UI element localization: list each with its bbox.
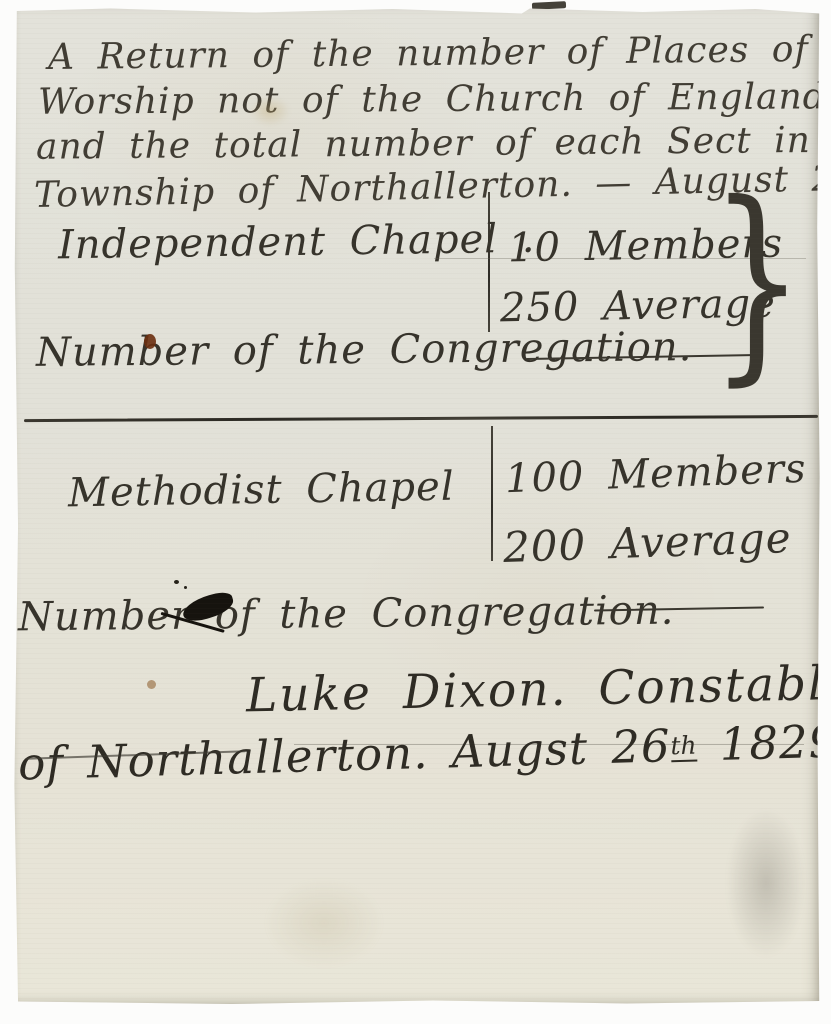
- entry-2-place: Methodist Chapel: [68, 467, 455, 514]
- section-divider-line: [24, 415, 818, 422]
- paper-edge-mark: [532, 1, 566, 10]
- header-line-1: A Return of the number of Places of: [48, 32, 809, 76]
- curly-brace: }: [710, 196, 804, 366]
- signature-name-line: Luke Dixon. Constable: [246, 660, 831, 720]
- manuscript-page: A Return of the number of Places of Wors…: [14, 8, 820, 1005]
- entry-2-members: 100 Members: [504, 449, 807, 499]
- signature-date-ordinal: th: [670, 731, 697, 763]
- grey-smudge: [726, 808, 806, 958]
- photograph-of-manuscript: A Return of the number of Places of Wors…: [0, 0, 831, 1024]
- ink-spatter-dot-2: [184, 586, 187, 589]
- entry-2-average: 200 Average: [502, 517, 792, 569]
- entry-1-continuation: Number of the Congregation.: [36, 327, 693, 373]
- signature-date-year: 1829: [719, 715, 831, 771]
- signature-place-line: of Northallerton. Augst 26th 1829: [18, 719, 831, 787]
- stain-small-brown: [147, 680, 156, 689]
- entry-2-continuation: Number of the Congregation.: [18, 591, 675, 638]
- ink-spatter-dot-1: [174, 580, 179, 584]
- faint-yellow-stain: [250, 96, 290, 126]
- faint-stain-bottom: [264, 878, 384, 968]
- header-line-2: Worship not of the Church of England,: [38, 79, 831, 121]
- column-divider-line-2: [491, 426, 493, 561]
- ink-stain-brown: [144, 334, 156, 349]
